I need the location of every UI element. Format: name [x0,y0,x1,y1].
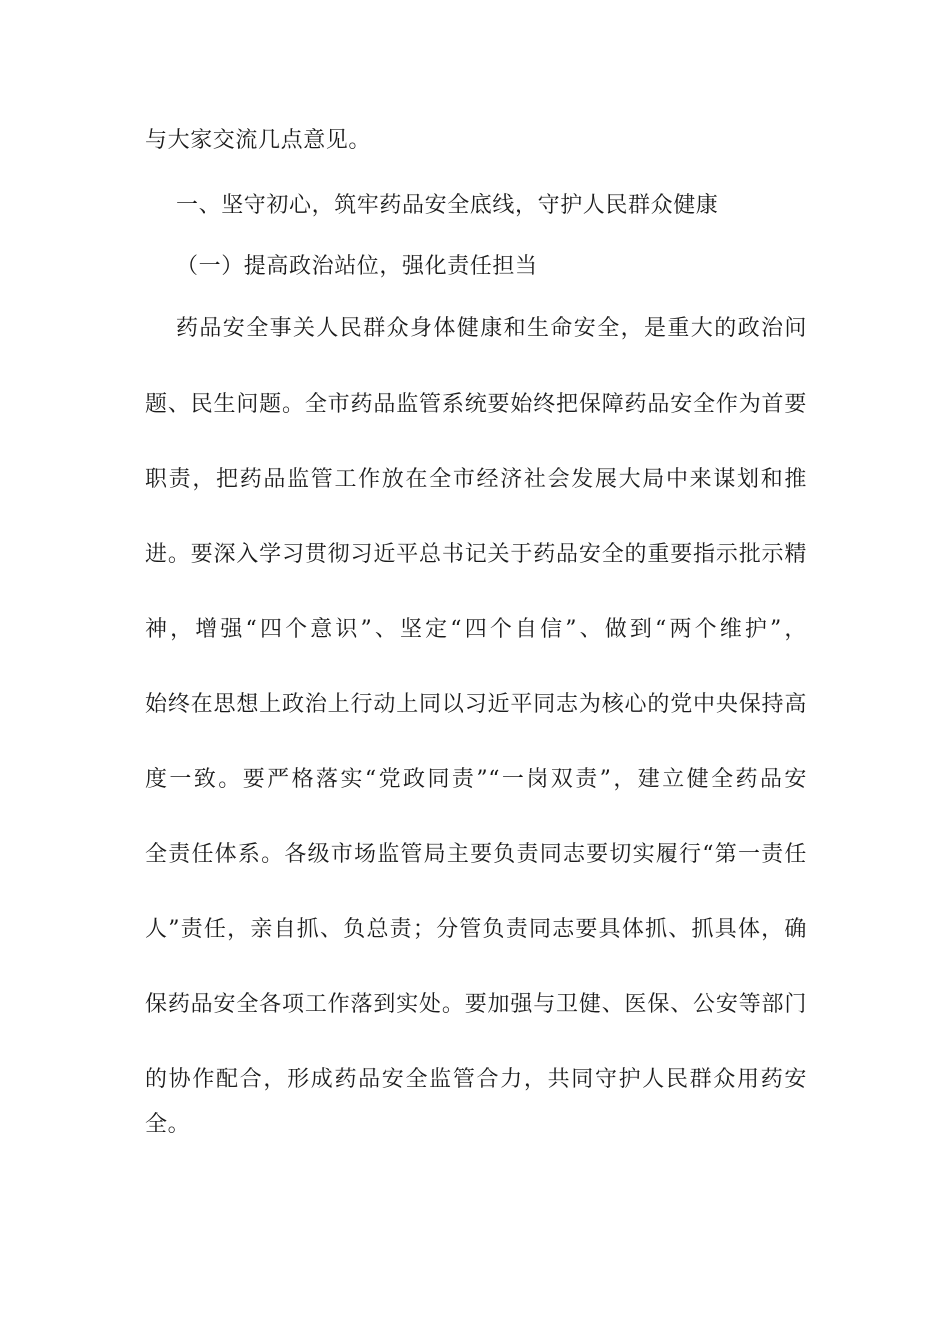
document-page: 与大家交流几点意见。 一、坚守初心，筑牢药品安全底线，守护人民群众健康 （一）提… [0,0,950,1344]
body-text-line: 度一致。要严格落实“党政同责”“一岗双责”，建立健全药品安 [145,765,807,795]
body-text-line: 全。 [145,1110,190,1140]
body-text-line: 题、民生问题。全市药品监管系统要始终把保障药品安全作为首要 [145,390,807,420]
body-text-line: 始终在思想上政治上行动上同以习近平同志为核心的党中央保持高 [145,690,807,720]
paragraph-first-line: 药品安全事关人民群众身体健康和生命安全，是重大的政治问 [176,314,807,344]
body-text-line: 的协作配合，形成药品安全监管合力，共同守护人民群众用药安 [145,1065,807,1095]
body-text-line: 人”责任，亲自抓、负总责；分管负责同志要具体抓、抓具体，确 [145,915,807,945]
body-text-line: 进。要深入学习贯彻习近平总书记关于药品安全的重要指示批示精 [145,540,807,570]
body-text-line: 职责，把药品监管工作放在全市经济社会发展大局中来谋划和推 [145,465,807,495]
subsection-heading: （一）提高政治站位，强化责任担当 [176,252,538,282]
section-heading: 一、坚守初心，筑牢药品安全底线，守护人民群众健康 [176,191,718,221]
body-text-line: 保药品安全各项工作落到实处。要加强与卫健、医保、公安等部门 [145,990,807,1020]
body-text-line: 全责任体系。各级市场监管局主要负责同志要切实履行“第一责任 [145,840,807,870]
body-text-line: 与大家交流几点意见。 [145,126,371,156]
body-text-line: 神，增强“四个意识”、坚定“四个自信”、做到“两个维护”， [145,615,807,645]
